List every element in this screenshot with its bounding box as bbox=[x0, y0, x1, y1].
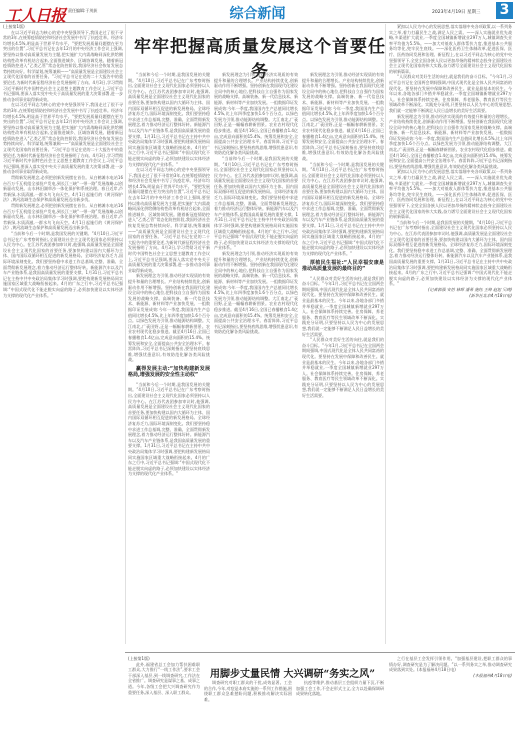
paragraph: “当前和今后一个时期,是我国发展的关键期。”4月10日,习近平总书记在广东考察时… bbox=[128, 72, 210, 167]
paragraph: 在以习近平同志为核心的党中央坚强领导下,我国走过了很不寻常的3年,在统筹疫情防控… bbox=[128, 167, 210, 273]
dateline: (新华社北京4月18日电) bbox=[389, 293, 512, 299]
paragraph: 抗疫等维护,推动基层工会组织力量下沉,不断加强工会工作,不会走形式主义,全力以赴… bbox=[296, 680, 384, 697]
paragraph: 之行在基层工会发挥引领作用。“加强基层建设,把职工群众的事情办好,调查研究是为了… bbox=[389, 656, 512, 673]
paragraph: 贯彻新发展理念,必须把创新发展摆在首位。从白鹤滩水电站16台百万千瓦机组全部投产… bbox=[3, 203, 123, 231]
article-column-1: (上接第1版) 在以习近平同志为核心的党中央坚强领导下,我国走过了很不寻常的3年… bbox=[3, 24, 123, 744]
second-headline: 用脚步丈量民情 大兴调研“务实之风” bbox=[200, 665, 385, 680]
paragraph: “当前和今后一个时期,是我国发展的关键期。”4月10日,习近平总书记在广东考察时… bbox=[3, 231, 123, 298]
paragraph: 新发展理念为引领,推动经济实现质的有效提升和量的合理增长。产业结构持续优化,创新… bbox=[128, 273, 210, 363]
masthead: 工人日报 责任编辑:于茂荻 综合新闻 2023年4月19日 星期三 3 bbox=[0, 0, 515, 23]
paragraph: “人民群众对美好生活的向往,就是我们的奋斗目标。”今年1月,习近平总书记在全国两… bbox=[302, 276, 384, 338]
paragraph: “当前和今后一个时期,是我国发展的关键期。”4月10日,习近平总书记在广东考察时… bbox=[214, 156, 298, 251]
second-article-column-1: (上接第1版) 此外,福建省总工会加力帮扶困难职工群众,大力推行“一线工作法”,… bbox=[128, 656, 200, 746]
paragraph: 贯彻新发展理念,必须把创新发展摆在首位。从白鹤滩水电站16台百万千瓦机组全部投产… bbox=[3, 175, 123, 203]
column-divider bbox=[385, 24, 386, 644]
article-divider bbox=[125, 652, 515, 653]
subheading-livelihood: 厚植民生福祉:“人民幸福安康是推动高质量发展的最终目的” bbox=[302, 260, 384, 273]
article-column-5: 紧扣以人民为中心的发展思想,落实落细中央各项政策,以一系列务实之举,着力打赢民生… bbox=[389, 24, 512, 647]
paragraph: 紧扣以人民为中心的发展思想,落实落细中央各项政策,以一系列务实之举,着力打赢民生… bbox=[389, 169, 512, 219]
issue-date: 2023年4月19日 星期三 bbox=[432, 9, 480, 15]
paragraph: 新发展理念为引领,推动经济实现质的有效提升和量的合理增长。产业结构持续优化,创新… bbox=[302, 72, 384, 162]
paragraph: “当前和今后一个时期,是我国发展的关键期。”4月10日,习近平总书记在广东考察时… bbox=[389, 220, 512, 287]
paragraph: “人民群众对美好生活的向往,就是我们的奋斗目标。”今年1月,习近平总书记在全国两… bbox=[302, 337, 384, 399]
second-article-column-4: 之行在基层工会发挥引领作用。“加强基层建设,把职工群众的事情办好,调查研究是为了… bbox=[389, 656, 512, 746]
paragraph: 在以习近平同志为核心的党中央坚强领导下,我国走过了很不寻常的3年,在统筹疫情防控… bbox=[3, 30, 123, 103]
paragraph: 新发展理念为引领,推动经济实现质的有效提升和量的合理增长。产业结构持续优化,创新… bbox=[214, 72, 298, 156]
second-article-column-2: 调查研究对职工群众的干扰,成效显著。工会的合作,今年,对症是本府实施的一系列工作… bbox=[204, 680, 292, 746]
dateline: (本报福州4月18日电) bbox=[389, 673, 512, 679]
paragraph: 紧扣以人民为中心的发展思想,落实落细中央各项政策,以一系列务实之举,着力打赢民生… bbox=[389, 24, 512, 74]
article-column-3: 新发展理念为引领,推动经济实现质的有效提升和量的合理增长。产业结构持续优化,创新… bbox=[214, 72, 298, 647]
paragraph: 新发展理念为引领,推动经济实现质的有效提升和量的合理增长。产业结构持续优化,创新… bbox=[389, 114, 512, 170]
page-number-badge: 3 bbox=[496, 2, 513, 19]
second-article-column-3: 抗疫等维护,推动基层工会组织力量下沉,不断加强工会工作,不会走形式主义,全力以赴… bbox=[296, 680, 384, 746]
article-column-2: “当前和今后一个时期,是我国发展的关键期。”4月10日,习近平总书记在广东考察时… bbox=[128, 72, 210, 647]
paragraph: “当前和今后一个时期,是我国发展的关键期。”4月10日,习近平总书记在广东考察时… bbox=[302, 162, 384, 257]
paragraph: “人民群众对美好生活的向往,就是我们的奋斗目标。”今年1月,习近平总书记在全国两… bbox=[389, 74, 512, 113]
column-divider bbox=[125, 24, 126, 644]
paragraph: 此外,福建省总工会加力帮扶困难职工群众,大力推行“一线工作法”,要求工会干部深入… bbox=[128, 662, 200, 696]
subheading-development: 赢得发展主动:“加快构建新发展格局,增强发展的安全性主动权” bbox=[128, 366, 210, 379]
paragraph: “当前和今后一个时期,是我国发展的关键期。”4月10日,习近平总书记在广东考察时… bbox=[128, 382, 210, 477]
paragraph: 新发展理念为引领,推动经济实现质的有效提升和量的合理增长。产业结构持续优化,创新… bbox=[214, 251, 298, 335]
paragraph: 在以习近平同志为核心的党中央坚强领导下,我国走过了很不寻常的3年,在统筹疫情防控… bbox=[3, 102, 123, 175]
paragraph: 调查研究对职工群众的干扰,成效显著。工会的合作,今年,对症是本府实施的一系列工作… bbox=[204, 680, 292, 702]
article-column-4: 新发展理念为引领,推动经济实现质的有效提升和量的合理增长。产业结构持续优化,创新… bbox=[302, 72, 384, 647]
